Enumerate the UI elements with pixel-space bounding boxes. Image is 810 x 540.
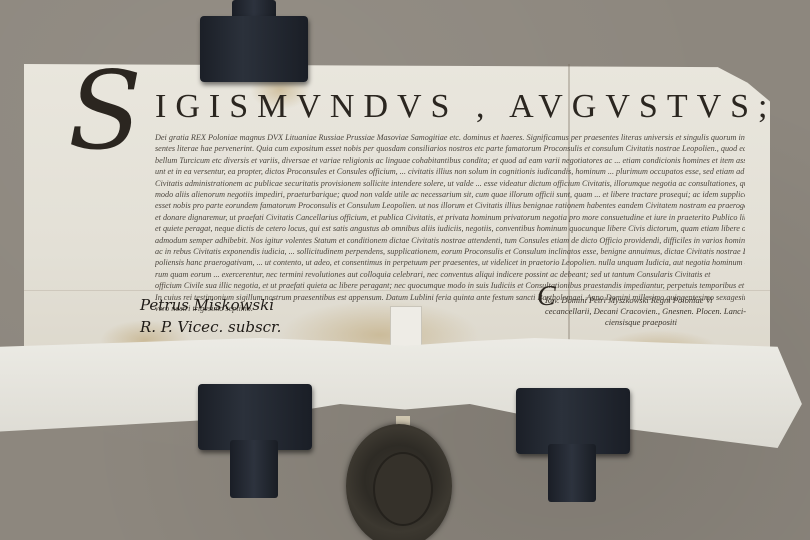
text-line: ac in rebus Civitatis exponendis iudicia…	[155, 246, 745, 257]
note-line: Rev. Domini Petri Myszkowski Regni Polon…	[545, 295, 765, 306]
decorated-initial: S	[68, 58, 142, 166]
signature-title: R. P. Vicec. subscr.	[140, 316, 281, 338]
text-line: modo aliis alienorum negotiis impediri, …	[155, 189, 745, 200]
text-line: rum quam eorum ... exercerentur, nec ter…	[155, 269, 745, 280]
chancery-note: C Rev. Domini Petri Myszkowski Regni Pol…	[545, 295, 765, 328]
text-line: Civitatis administrationem ac publicae s…	[155, 178, 745, 189]
text-line: esset nobis pro parte eorundem famatorum…	[155, 200, 745, 211]
text-line: admodum semper adhibebit. Nos igitur vol…	[155, 235, 745, 246]
seal-impression	[373, 452, 433, 526]
signature-left: Petrus Miskowski R. P. Vicec. subscr.	[140, 294, 281, 338]
text-line: Dei gratia REX Poloniae magnus DVX Litua…	[155, 132, 745, 143]
note-line: ciensisque praepositi	[545, 317, 765, 328]
text-line: et quiete peragat, neque dictis de ceter…	[155, 223, 745, 234]
document-title: IGISMVNDVS , AVGVSTVS;	[155, 88, 735, 126]
text-line: poliensis hanc praerogativam, ... ut con…	[155, 257, 745, 268]
note-line: cecancellarii, Decani Cracovien., Gnesne…	[545, 306, 765, 317]
text-line: unt et in ea versentur, ea propter, dict…	[155, 166, 745, 177]
photo-background: S IGISMVNDVS , AVGVSTVS; Dei gratia REX …	[0, 0, 810, 540]
charter-body-text: Dei gratia REX Poloniae magnus DVX Litua…	[155, 132, 745, 315]
signature-name: Petrus Miskowski	[140, 294, 281, 316]
text-line: et donare dignaremur, ut praefati Civita…	[155, 212, 745, 223]
flourish-initial: C	[537, 291, 556, 302]
text-line: bellum Turcicum etc diversis et variis, …	[155, 155, 745, 166]
text-line: officium Civile sua illic negotia, et ut…	[155, 280, 745, 291]
text-line: sentes literae hae pervenerint. Quia cum…	[155, 143, 745, 154]
